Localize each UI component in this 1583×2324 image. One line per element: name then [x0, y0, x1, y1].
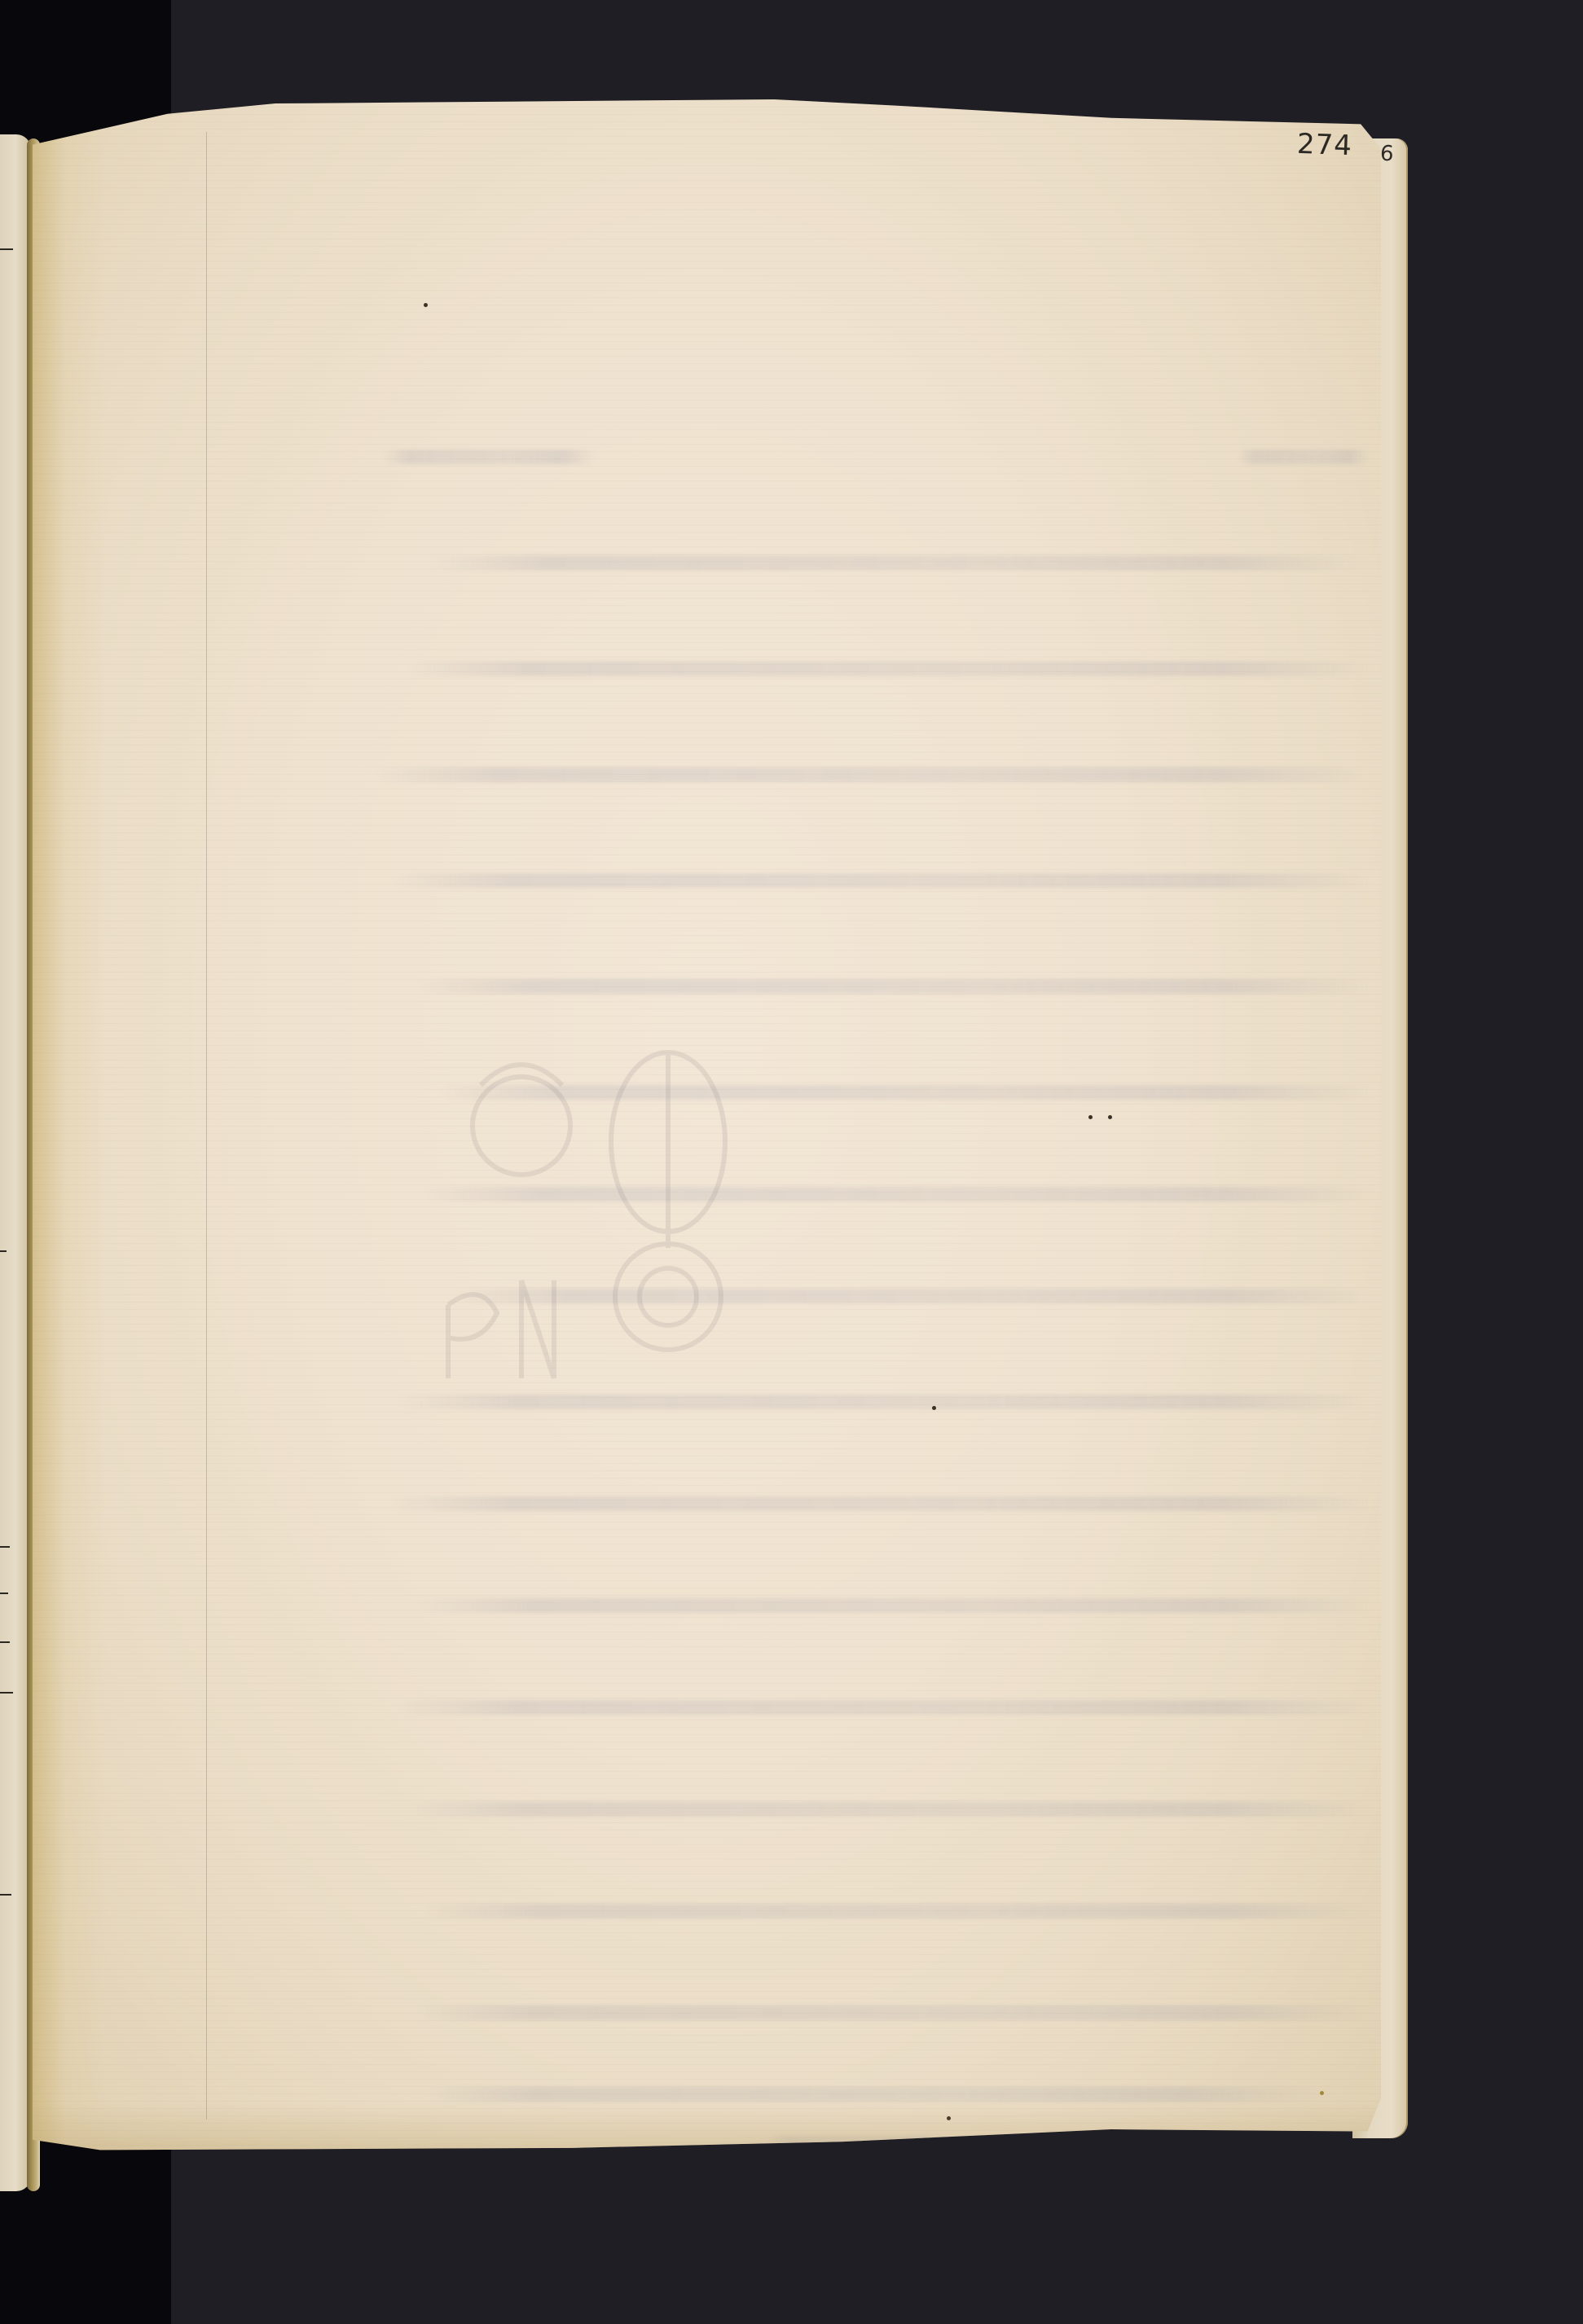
bleed-through-line	[416, 1598, 1369, 1613]
underlying-page-mark: 6	[1379, 141, 1395, 166]
bleed-through-line	[424, 1904, 1369, 1918]
folio-number: 274	[1296, 128, 1352, 162]
bleed-through-line	[399, 1700, 1369, 1715]
facing-page-ink-mark	[0, 1593, 8, 1594]
paper-speck	[1088, 1115, 1093, 1119]
bleed-through-line	[416, 979, 1369, 994]
bleed-through-line	[375, 767, 1369, 782]
manuscript-scan: 6	[0, 0, 1583, 2324]
bleed-through-line	[383, 450, 595, 464]
paper-speck	[424, 303, 428, 307]
bleed-through-line	[407, 1802, 1369, 1817]
facing-page-ink-mark	[0, 1894, 11, 1896]
watermark-monogram-icon	[432, 1036, 774, 1386]
manuscript-leaf	[33, 99, 1381, 2160]
bleed-through-line	[391, 873, 1369, 888]
facing-page-ink-mark	[0, 1250, 7, 1252]
bleed-through-line	[416, 2005, 1369, 2020]
paper-speck	[1108, 1115, 1112, 1119]
bleed-through-line	[407, 661, 1369, 676]
bleed-through-line	[391, 1496, 1369, 1511]
facing-page-ink-mark	[0, 1641, 10, 1643]
bleed-through-line	[424, 2087, 1320, 2102]
bleed-through-line	[1238, 450, 1369, 464]
facing-page-ink-mark	[0, 1546, 10, 1548]
bleed-through-line	[399, 1395, 1369, 1409]
pencil-margin-rule	[206, 132, 207, 2120]
bleed-through-line	[432, 556, 1361, 570]
facing-page-ink-mark	[0, 1692, 13, 1694]
facing-page-ink-mark	[0, 248, 13, 250]
paper-speck	[1320, 2091, 1324, 2095]
paper-speck	[947, 2116, 951, 2120]
paper-speck	[932, 1406, 936, 1410]
